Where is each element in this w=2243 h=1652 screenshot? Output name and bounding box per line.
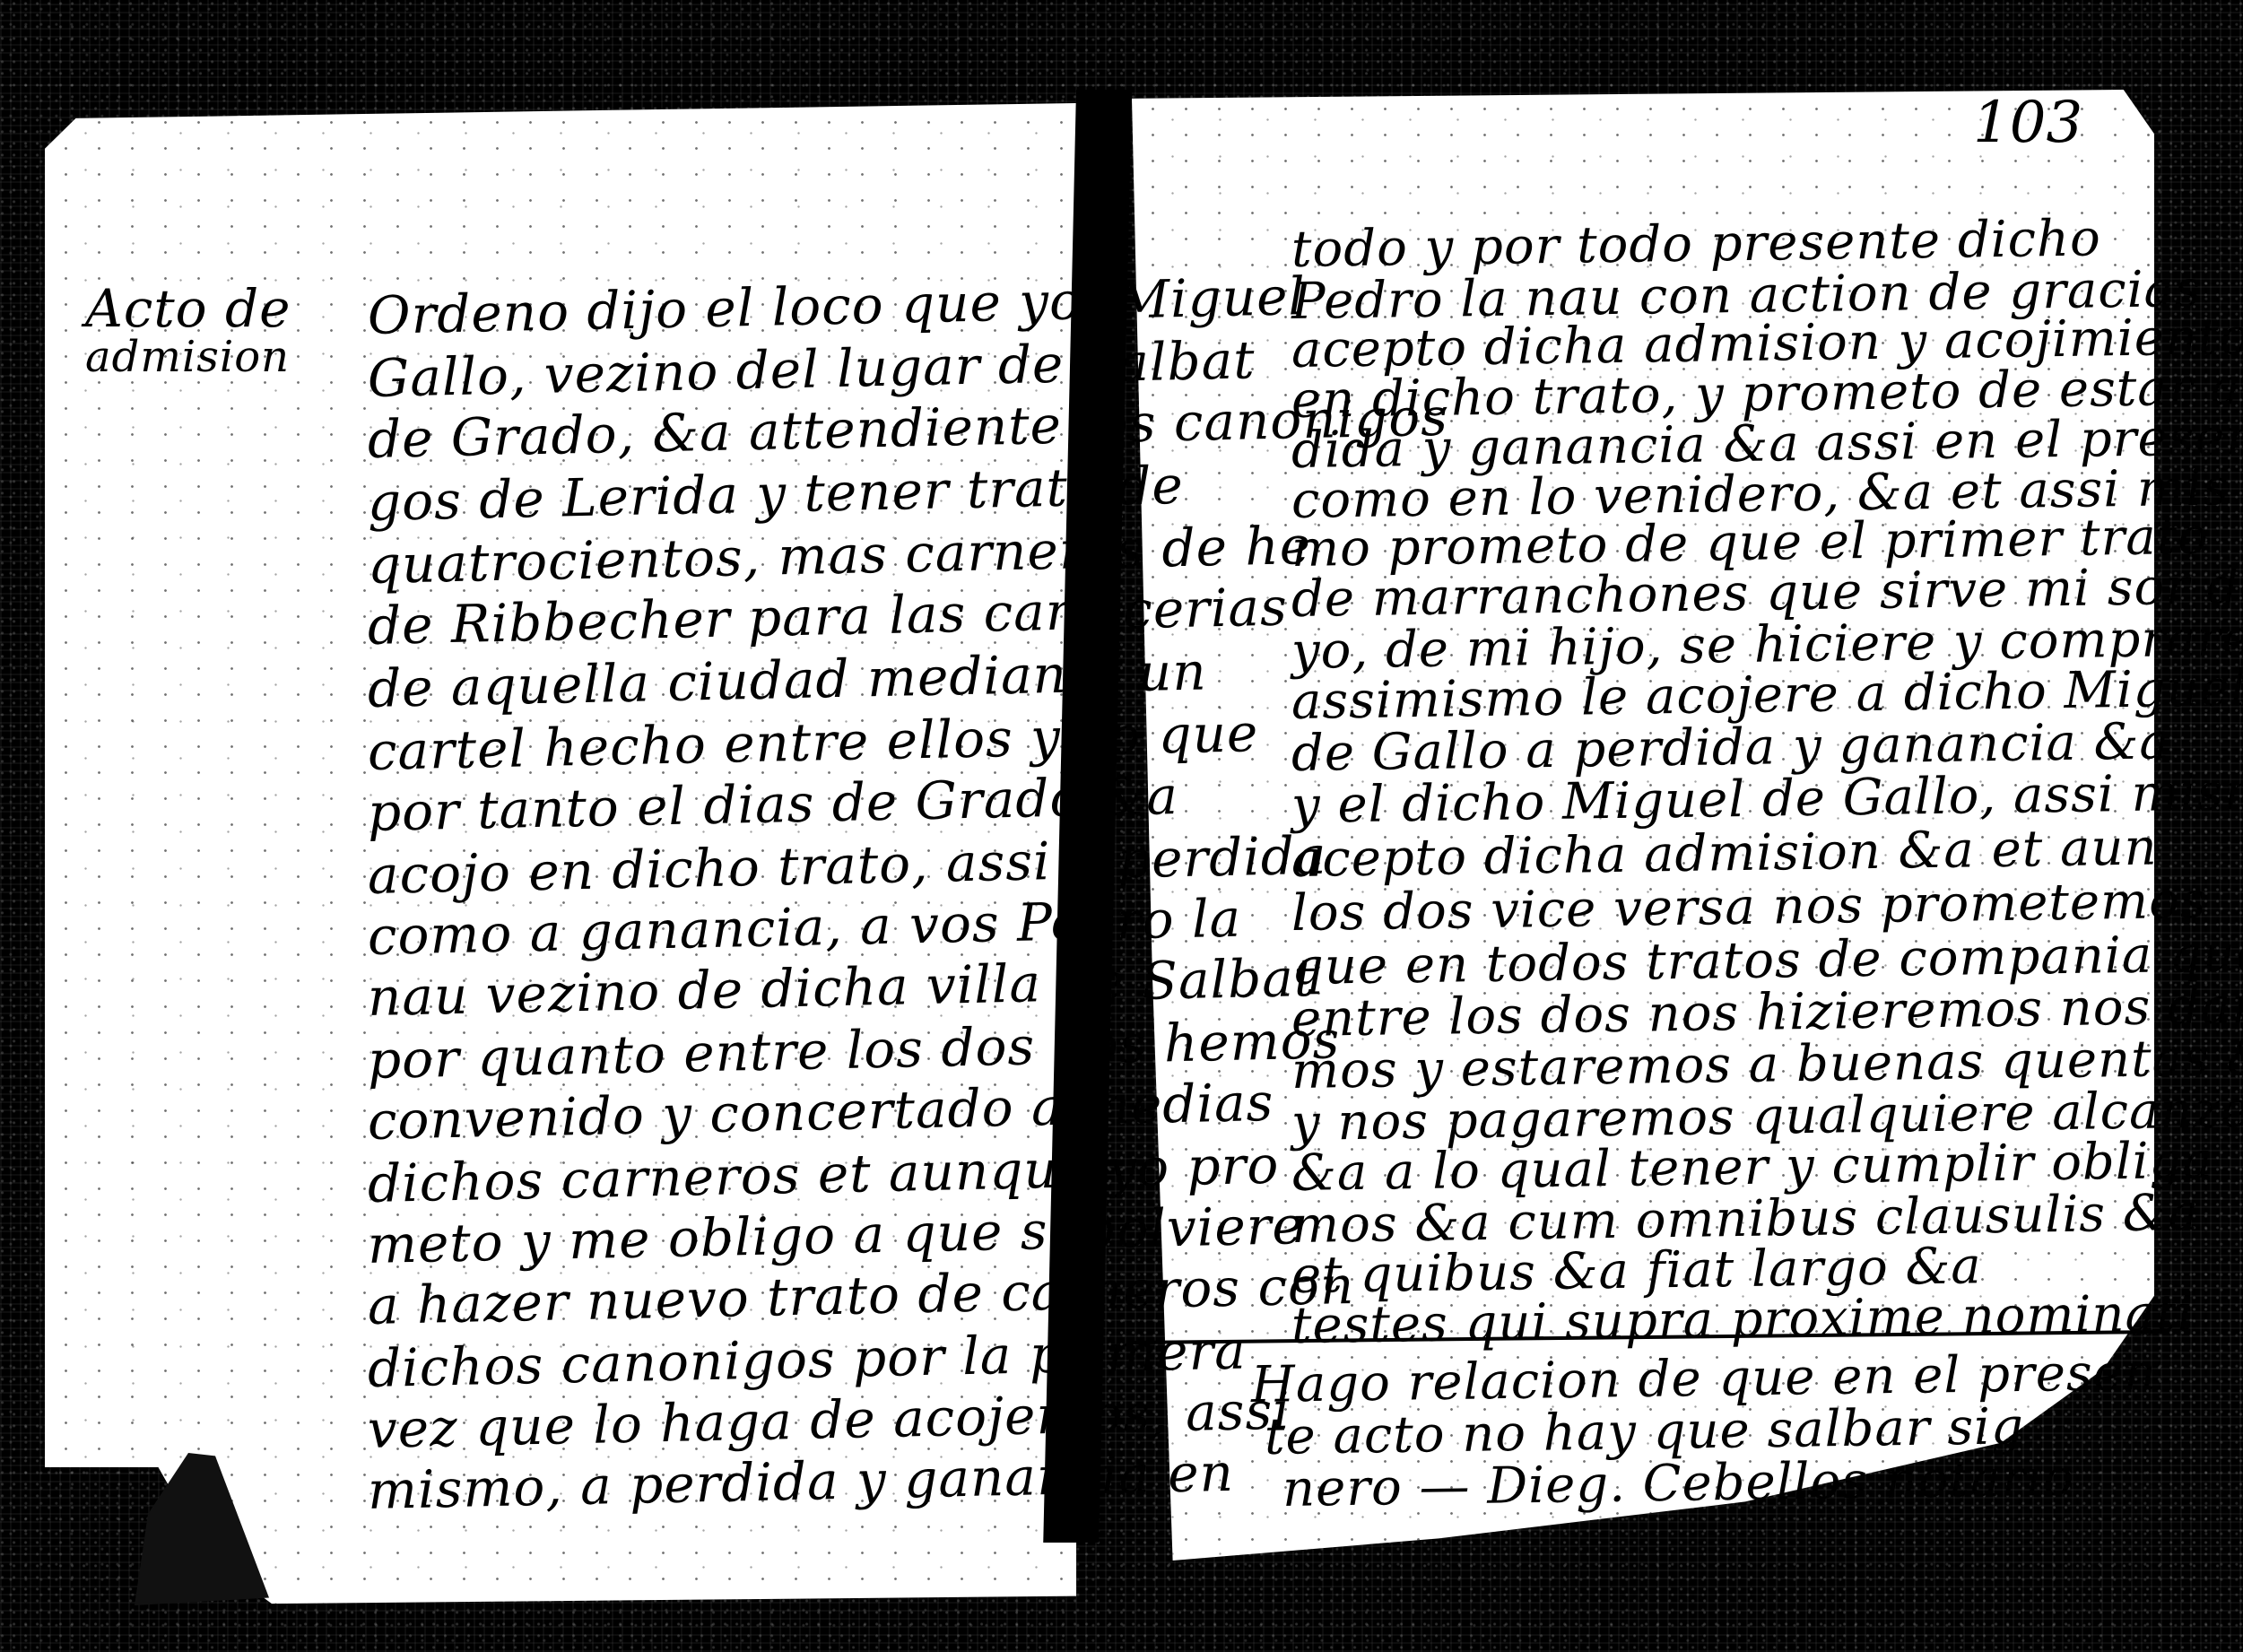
page-number: 103 [1973,90,2082,156]
margin-note-line: admision [85,332,290,382]
margin-note-line: Acto de [85,278,291,339]
notary-signature-line: nero — Dieg. Cebellos notario [1282,1449,2075,1518]
